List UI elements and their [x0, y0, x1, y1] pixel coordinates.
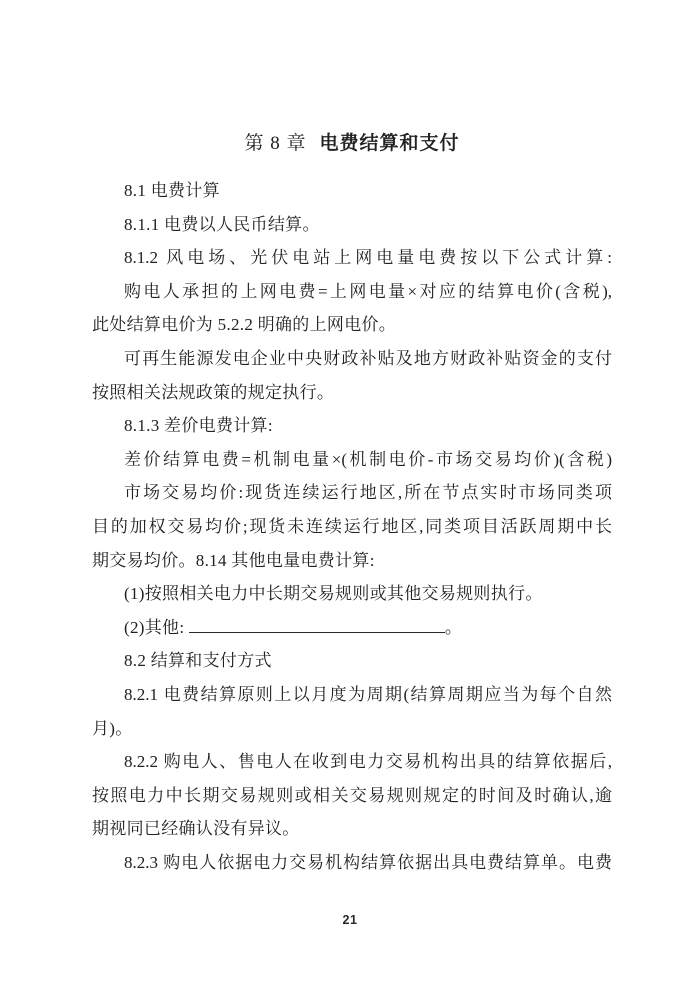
text-line: 期视同已经确认没有异议。: [92, 812, 612, 846]
chapter-heading: 第 8 章电费结算和支付: [92, 131, 612, 157]
clause-8-1-2: 8.1.2 风电场、光伏电站上网电量电费按以下公式计算:: [92, 241, 612, 275]
text-block: 第 8 章电费结算和支付 8.1 电费计算 8.1.1 电费以人民币结算。 8.…: [92, 131, 612, 879]
clause-8-2-1: 8.2.1 电费结算原则上以月度为周期(结算周期应当为每个自然: [92, 678, 612, 712]
text-line: 市场交易均价:现货连续运行地区,所在节点实时市场同类项: [92, 476, 612, 510]
formula-line: 购电人承担的上网电费=上网电量×对应的结算电价(含税),: [92, 275, 612, 309]
formula-line: 差价结算电费=机制电量×(机制电价-市场交易均价)(含税): [92, 443, 612, 477]
section-8-2-heading: 8.2 结算和支付方式: [92, 644, 612, 678]
page-number: 21: [0, 913, 700, 927]
clause-8-2-3: 8.2.3 购电人依据电力交易机构结算依据出具电费结算单。电费: [92, 846, 612, 880]
text-line: 期交易均价。8.14 其他电量电费计算:: [92, 544, 612, 578]
list-item-2-blank-line: (2)其他: 。: [92, 611, 612, 645]
chapter-title-text: 电费结算和支付: [320, 133, 460, 154]
fill-in-blank-underline: [189, 618, 445, 633]
chapter-number: 第 8 章: [244, 133, 306, 154]
blank-suffix-text: 。: [445, 618, 462, 637]
document-page: 第 8 章电费结算和支付 8.1 电费计算 8.1.1 电费以人民币结算。 8.…: [0, 0, 700, 990]
clause-8-1-1: 8.1.1 电费以人民币结算。: [92, 208, 612, 242]
text-line: 可再生能源发电企业中央财政补贴及地方财政补贴资金的支付: [92, 342, 612, 376]
clause-8-2-2: 8.2.2 购电人、售电人在收到电力交易机构出具的结算依据后,: [92, 745, 612, 779]
clause-8-1-3: 8.1.3 差价电费计算:: [92, 409, 612, 443]
list-item-1: (1)按照相关电力中长期交易规则或其他交易规则执行。: [92, 577, 612, 611]
section-8-1-heading: 8.1 电费计算: [92, 174, 612, 208]
text-line: 目的加权交易均价;现货未连续运行地区,同类项目活跃周期中长: [92, 510, 612, 544]
blank-prefix-text: (2)其他:: [124, 618, 189, 637]
text-line: 此处结算电价为 5.2.2 明确的上网电价。: [92, 308, 612, 342]
text-line: 月)。: [92, 712, 612, 746]
text-line: 按照电力中长期交易规则或相关交易规则规定的时间及时确认,逾: [92, 779, 612, 813]
text-line: 按照相关法规政策的规定执行。: [92, 376, 612, 410]
